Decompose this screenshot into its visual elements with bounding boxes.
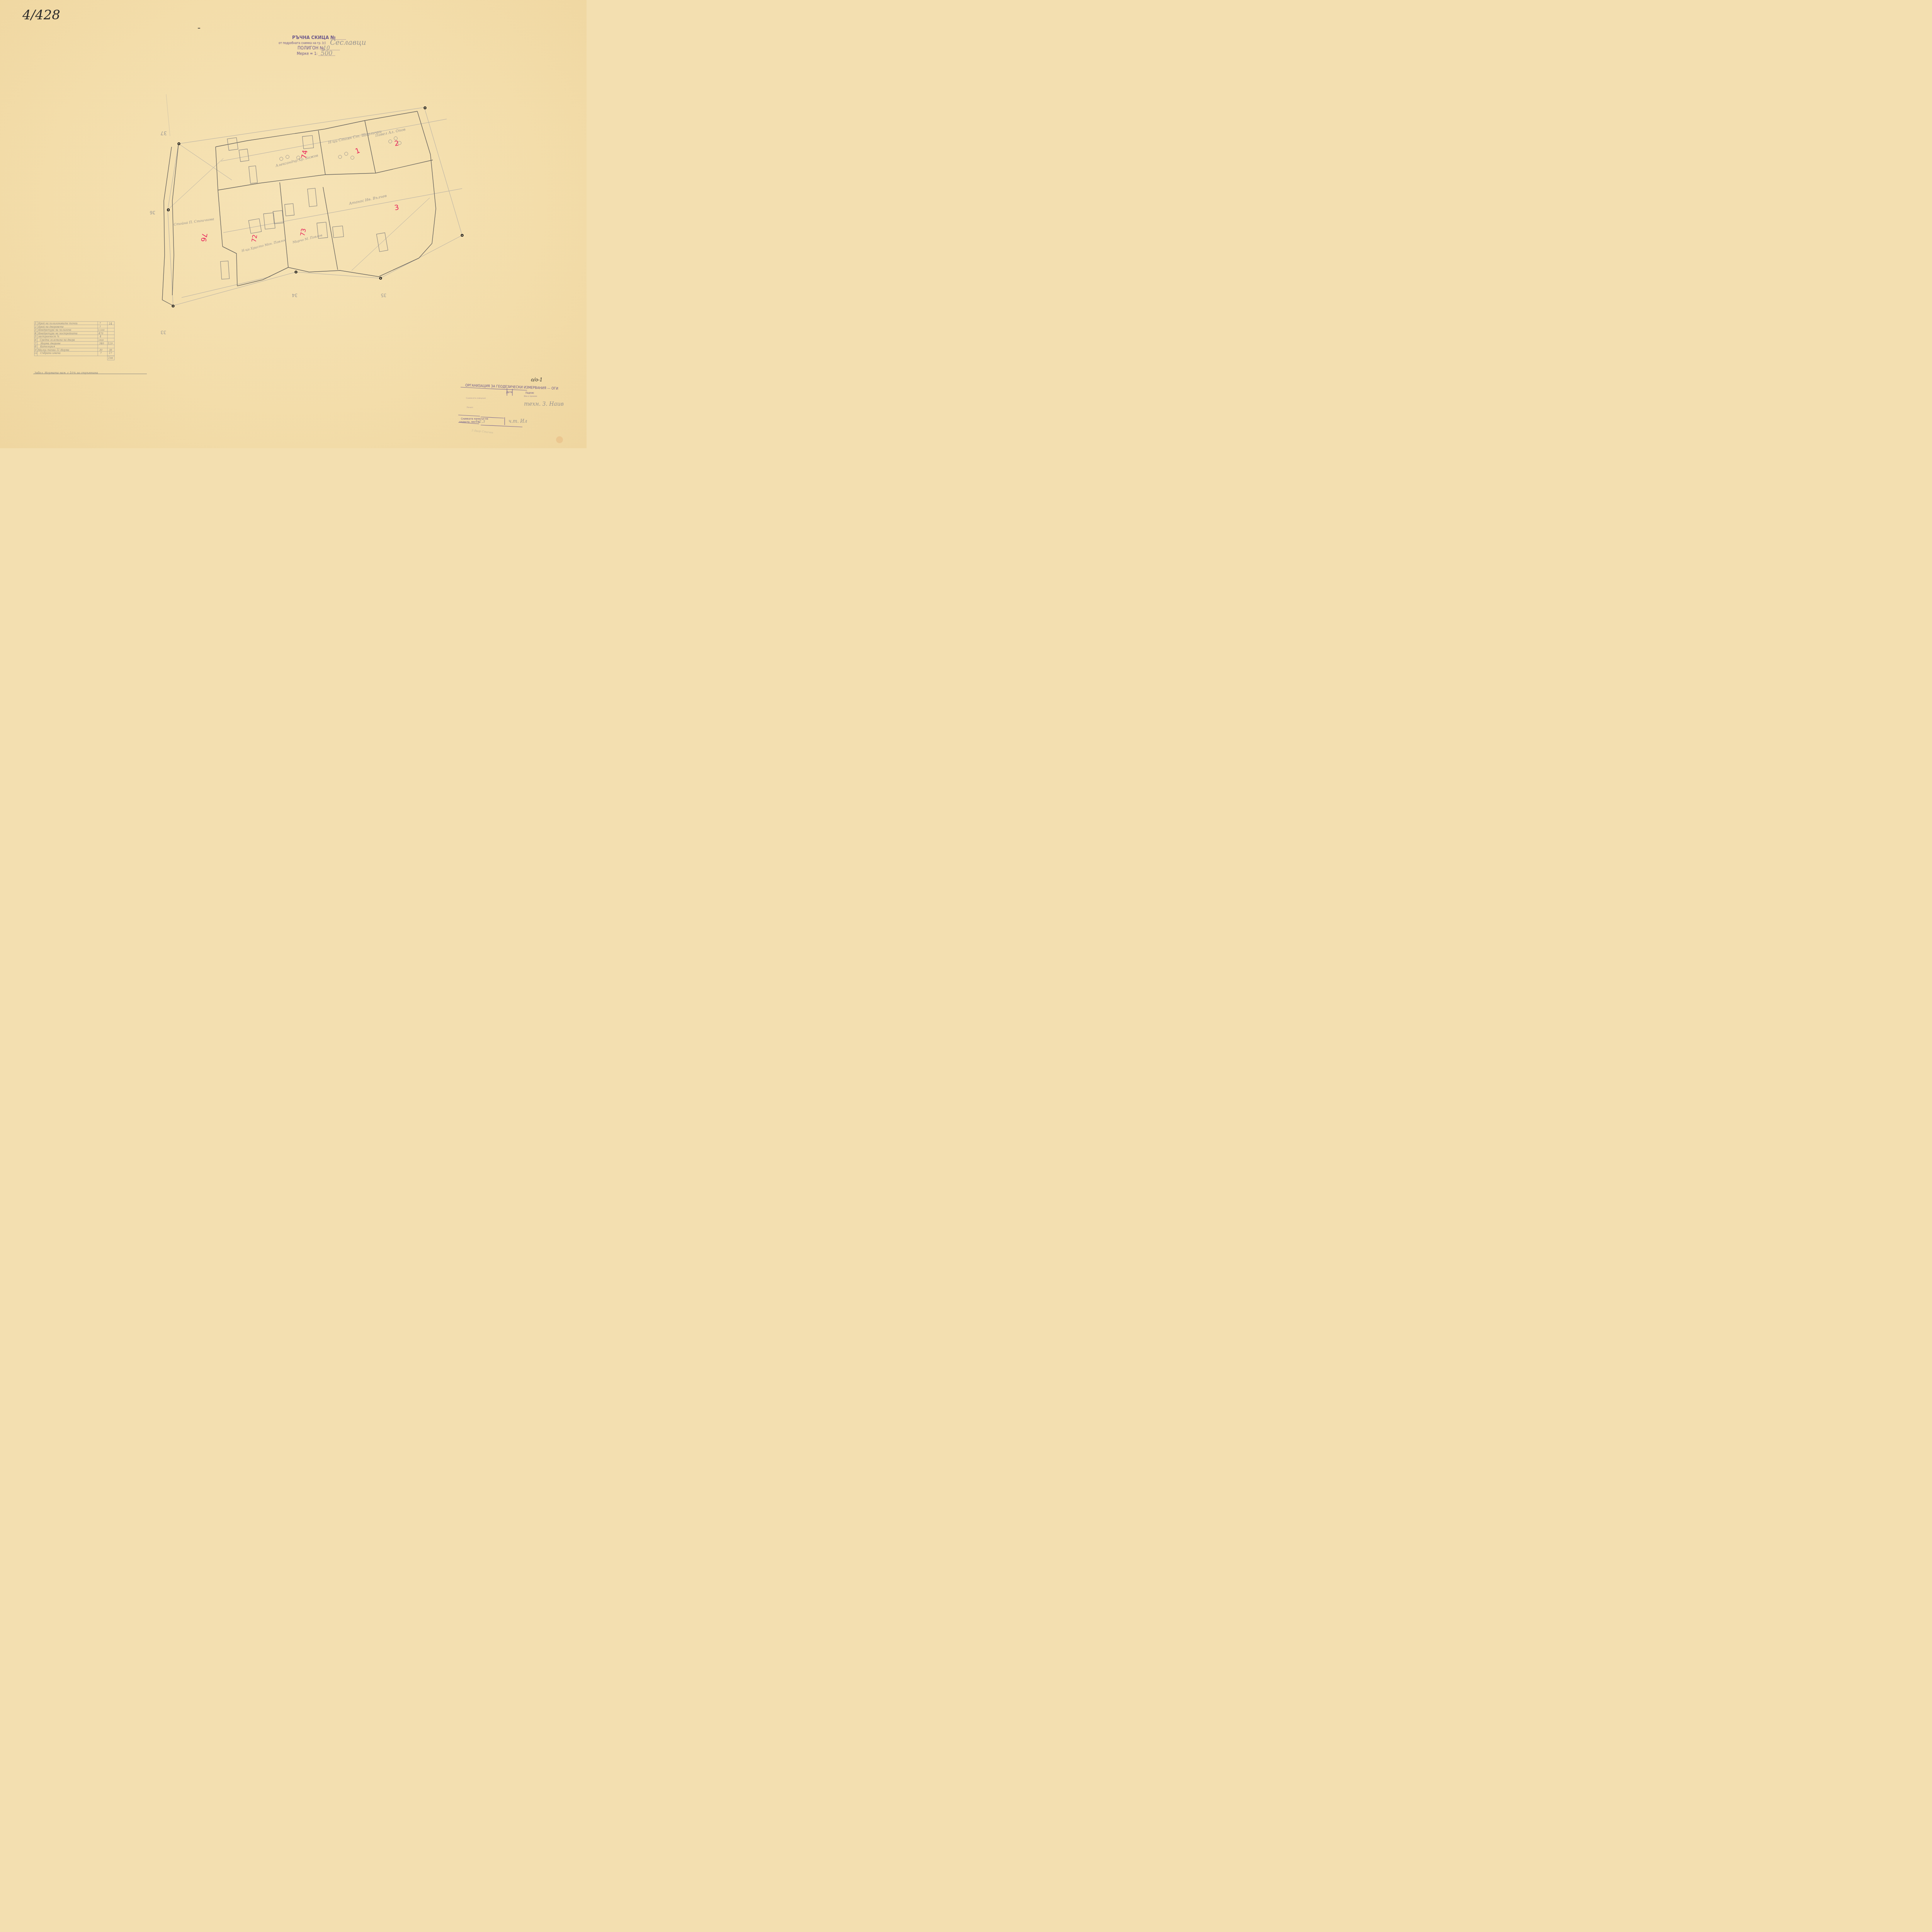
row-label-checked: Рачил:	[467, 406, 474, 409]
parcel-number-2: 2	[394, 139, 400, 148]
svg-text:1600: 1600	[98, 339, 104, 342]
cadastral-sheet: 4/428 РЪЧНА СКИЦА № от подробната снимка…	[0, 0, 587, 448]
survey-lines	[166, 94, 462, 306]
svg-text:7: 7	[35, 342, 37, 345]
svg-text:129: 129	[108, 342, 112, 345]
svg-text:17: 17	[109, 352, 112, 355]
svg-text:7: 7	[99, 322, 101, 325]
row-label-surveyed: Снимката извърши	[466, 397, 486, 400]
owner-parcel-72: Н-ци Христо Ман. Павлов	[241, 238, 286, 253]
archive-number: 4/428	[22, 7, 60, 23]
traverse-stations	[167, 107, 463, 307]
parcel-number-76: 76	[199, 232, 209, 242]
stamp-polygon-label: ПОЛИГОН №	[298, 45, 324, 51]
svg-text:34: 34	[292, 293, 298, 298]
parcel-number-1: 1	[354, 146, 361, 156]
svg-text:14: 14	[109, 322, 112, 325]
table-row-label: Средна големина на двора	[40, 338, 75, 342]
svg-text:6: 6	[35, 338, 36, 342]
table-row-label: застроеност %	[38, 335, 59, 338]
series-mark: o/o-1	[531, 377, 543, 383]
col-signature: Подпис	[526, 391, 534, 395]
parcel-numbers: 1 2 3 74 76 72 73	[199, 139, 400, 243]
svg-text:4: 4	[99, 335, 101, 338]
svg-text:30: 30	[99, 349, 102, 352]
svg-text:2: 2	[34, 325, 36, 328]
col-name: Име и презиме	[524, 395, 537, 398]
svg-text:36: 36	[150, 210, 155, 215]
svg-text:33: 33	[161, 330, 166, 335]
stamp-scale-label: Мерке = 1:	[297, 51, 318, 56]
table-row-label: Брой на полигоновите точки	[38, 322, 78, 325]
table-total: 196	[108, 357, 113, 360]
statistics-table-text: 1 Брой на полигоновите точки 7 14 2 Брой…	[34, 322, 113, 360]
svg-text:11200: 11200	[98, 329, 105, 332]
svg-text:37: 37	[160, 130, 167, 136]
parcel-number-73: 73	[299, 228, 307, 236]
svg-text:35: 35	[381, 293, 386, 298]
svg-text:36: 36	[109, 349, 112, 352]
svg-text:3: 3	[35, 328, 36, 332]
owner-parcel-1: Н-ци Стоян Ст. Щорлички	[327, 129, 382, 145]
svg-text:10: 10	[34, 352, 37, 355]
owner-parcel-3: Атанас Ив. Вълчев	[348, 194, 387, 206]
svg-text:540: 540	[99, 342, 104, 345]
stamp-subtitle: от подробната снимка на гр. (с)	[279, 41, 326, 45]
stamp-title: РЪЧНА СКИЦА №	[292, 34, 335, 40]
table-row-label: Брой на дворовете	[38, 325, 64, 328]
svg-text:9: 9	[35, 349, 36, 352]
col-date: Дата	[506, 391, 512, 394]
neighbor-blocks: 37 36 33 34 35	[150, 130, 386, 335]
paper-stain	[556, 436, 563, 443]
svg-text:7: 7	[99, 325, 101, 328]
bottom-note: 3 двор Стачев	[471, 429, 493, 434]
svg-text:470: 470	[98, 332, 103, 335]
svg-text:5: 5	[35, 335, 36, 338]
table-row-label: Малки точки 11 Норма	[37, 349, 69, 352]
table-row-label: Квадратура на постройката	[38, 332, 78, 335]
map-canvas: 4/428 РЪЧНА СКИЦА № от подробната снимка…	[0, 0, 587, 448]
signature-plotter: ч.т. Ил	[509, 418, 527, 424]
header-stamp: РЪЧНА СКИЦА № от подробната снимка на гр…	[279, 34, 366, 57]
parcel-number-72: 72	[250, 234, 259, 243]
parcel-number-3: 3	[394, 203, 400, 212]
parcel-number-74: 74	[300, 150, 310, 160]
svg-text:1: 1	[35, 322, 36, 325]
svg-text:4: 4	[34, 332, 36, 335]
owner-parcel-74: Александър Хр. Божов	[275, 153, 318, 168]
svg-text:7: 7	[100, 352, 102, 355]
cadastral-sheet-number: 1,2,3	[475, 420, 485, 424]
signature-surveyor: техн. З. Наив	[524, 401, 564, 407]
owner-parcel-73: Мирчо М. Павлов	[292, 233, 323, 244]
table-row-label: Норма дворове	[40, 342, 61, 345]
settlement-name: Сеславци	[330, 39, 366, 47]
owner-parcel-76: Стойна П. Стоичкова	[173, 217, 214, 227]
title-block: o/o-1 ОРГАНИЗАЦИЯ ЗА ГЕОДЕЗИЧЕСКИ ИЗМЕРВ…	[458, 377, 564, 434]
table-row-label: Категория	[40, 345, 55, 348]
svg-text:8: 8	[35, 345, 36, 348]
table-row-label: Квадратура на полигона	[38, 328, 71, 332]
table-row-label: Събрани имена	[40, 352, 61, 355]
